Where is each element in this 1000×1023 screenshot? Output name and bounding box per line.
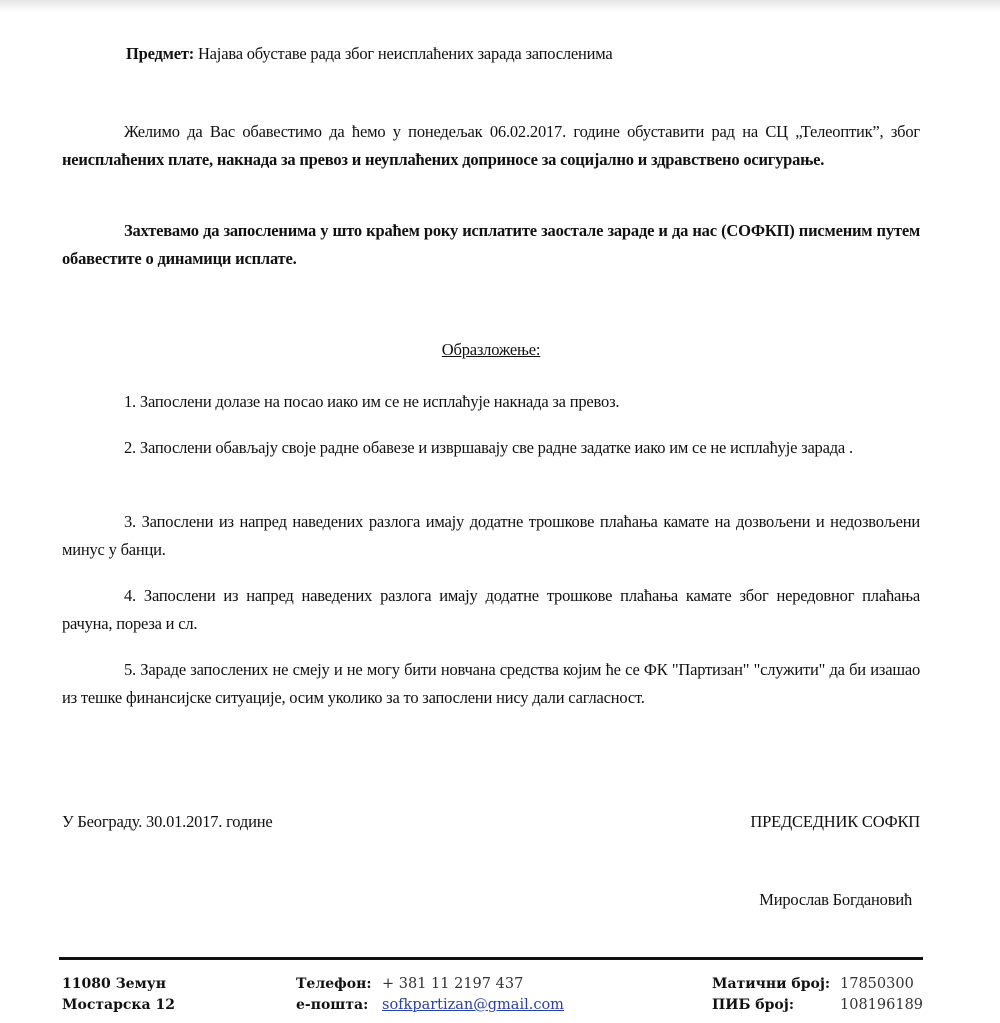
page-top-shadow (0, 0, 1000, 12)
address-line-2: Мостарска 12 (62, 995, 175, 1016)
footer-divider (59, 957, 923, 960)
email-label: е-пошта: (296, 995, 371, 1016)
email-link[interactable]: sofkpartizan@gmail.com (382, 997, 564, 1013)
phone-label: Телефон: (296, 974, 371, 995)
phone-value: + 381 11 2197 437 (382, 974, 564, 995)
subject-text: Најава обуставе рада због неисплаћених з… (198, 44, 613, 63)
registry-number-label: Матични број: (712, 974, 830, 995)
notice-paragraph-emphasis: неисплаћених плате, накнада за превоз и … (62, 150, 824, 169)
footer-contact-labels: Телефон: е-пошта: (296, 974, 371, 1016)
notice-paragraph-text: Желимо да Вас обавестимо да ћемо у понед… (124, 122, 920, 141)
registry-number-value: 17850300 (840, 974, 923, 995)
reasoning-item-3: 3. Запослени из напред наведених разлога… (62, 508, 920, 564)
tax-number-label: ПИБ број: (712, 995, 830, 1016)
footer-registry-values: 17850300 108196189 (840, 974, 923, 1016)
footer-registry-labels: Матични број: ПИБ број: (712, 974, 830, 1016)
place-and-date: У Београду. 30.01.2017. године (62, 812, 272, 832)
reasoning-item-1: 1. Запослени долазе на посао иако им се … (62, 388, 920, 416)
subject-line: Предмет: Најава обуставе рада због неисп… (126, 44, 613, 64)
reasoning-heading: Образложење: (62, 340, 920, 360)
reasoning-item-5: 5. Зараде запослених не смеју и не могу … (62, 656, 920, 712)
reasoning-item-2: 2. Запослени обављају своје радне обавез… (62, 434, 920, 462)
letterhead-footer: 11080 Земун Мостарска 12 Телефон: е-пошт… (0, 974, 1000, 1023)
footer-contact-values: + 381 11 2197 437 sofkpartizan@gmail.com (382, 974, 564, 1016)
footer-address: 11080 Земун Мостарска 12 (62, 974, 175, 1016)
notice-paragraph: Желимо да Вас обавестимо да ћемо у понед… (62, 118, 920, 174)
signatory-name: Мирослав Богдановић (759, 890, 912, 910)
tax-number-value: 108196189 (840, 995, 923, 1016)
reasoning-item-4: 4. Запослени из напред наведених разлога… (62, 582, 920, 638)
signature-title: ПРЕДСЕДНИК СОФКП (750, 812, 920, 832)
demand-paragraph: Захтевамо да запосленима у што краћем ро… (62, 217, 920, 273)
subject-label: Предмет: (126, 44, 194, 63)
address-line-1: 11080 Земун (62, 974, 175, 995)
